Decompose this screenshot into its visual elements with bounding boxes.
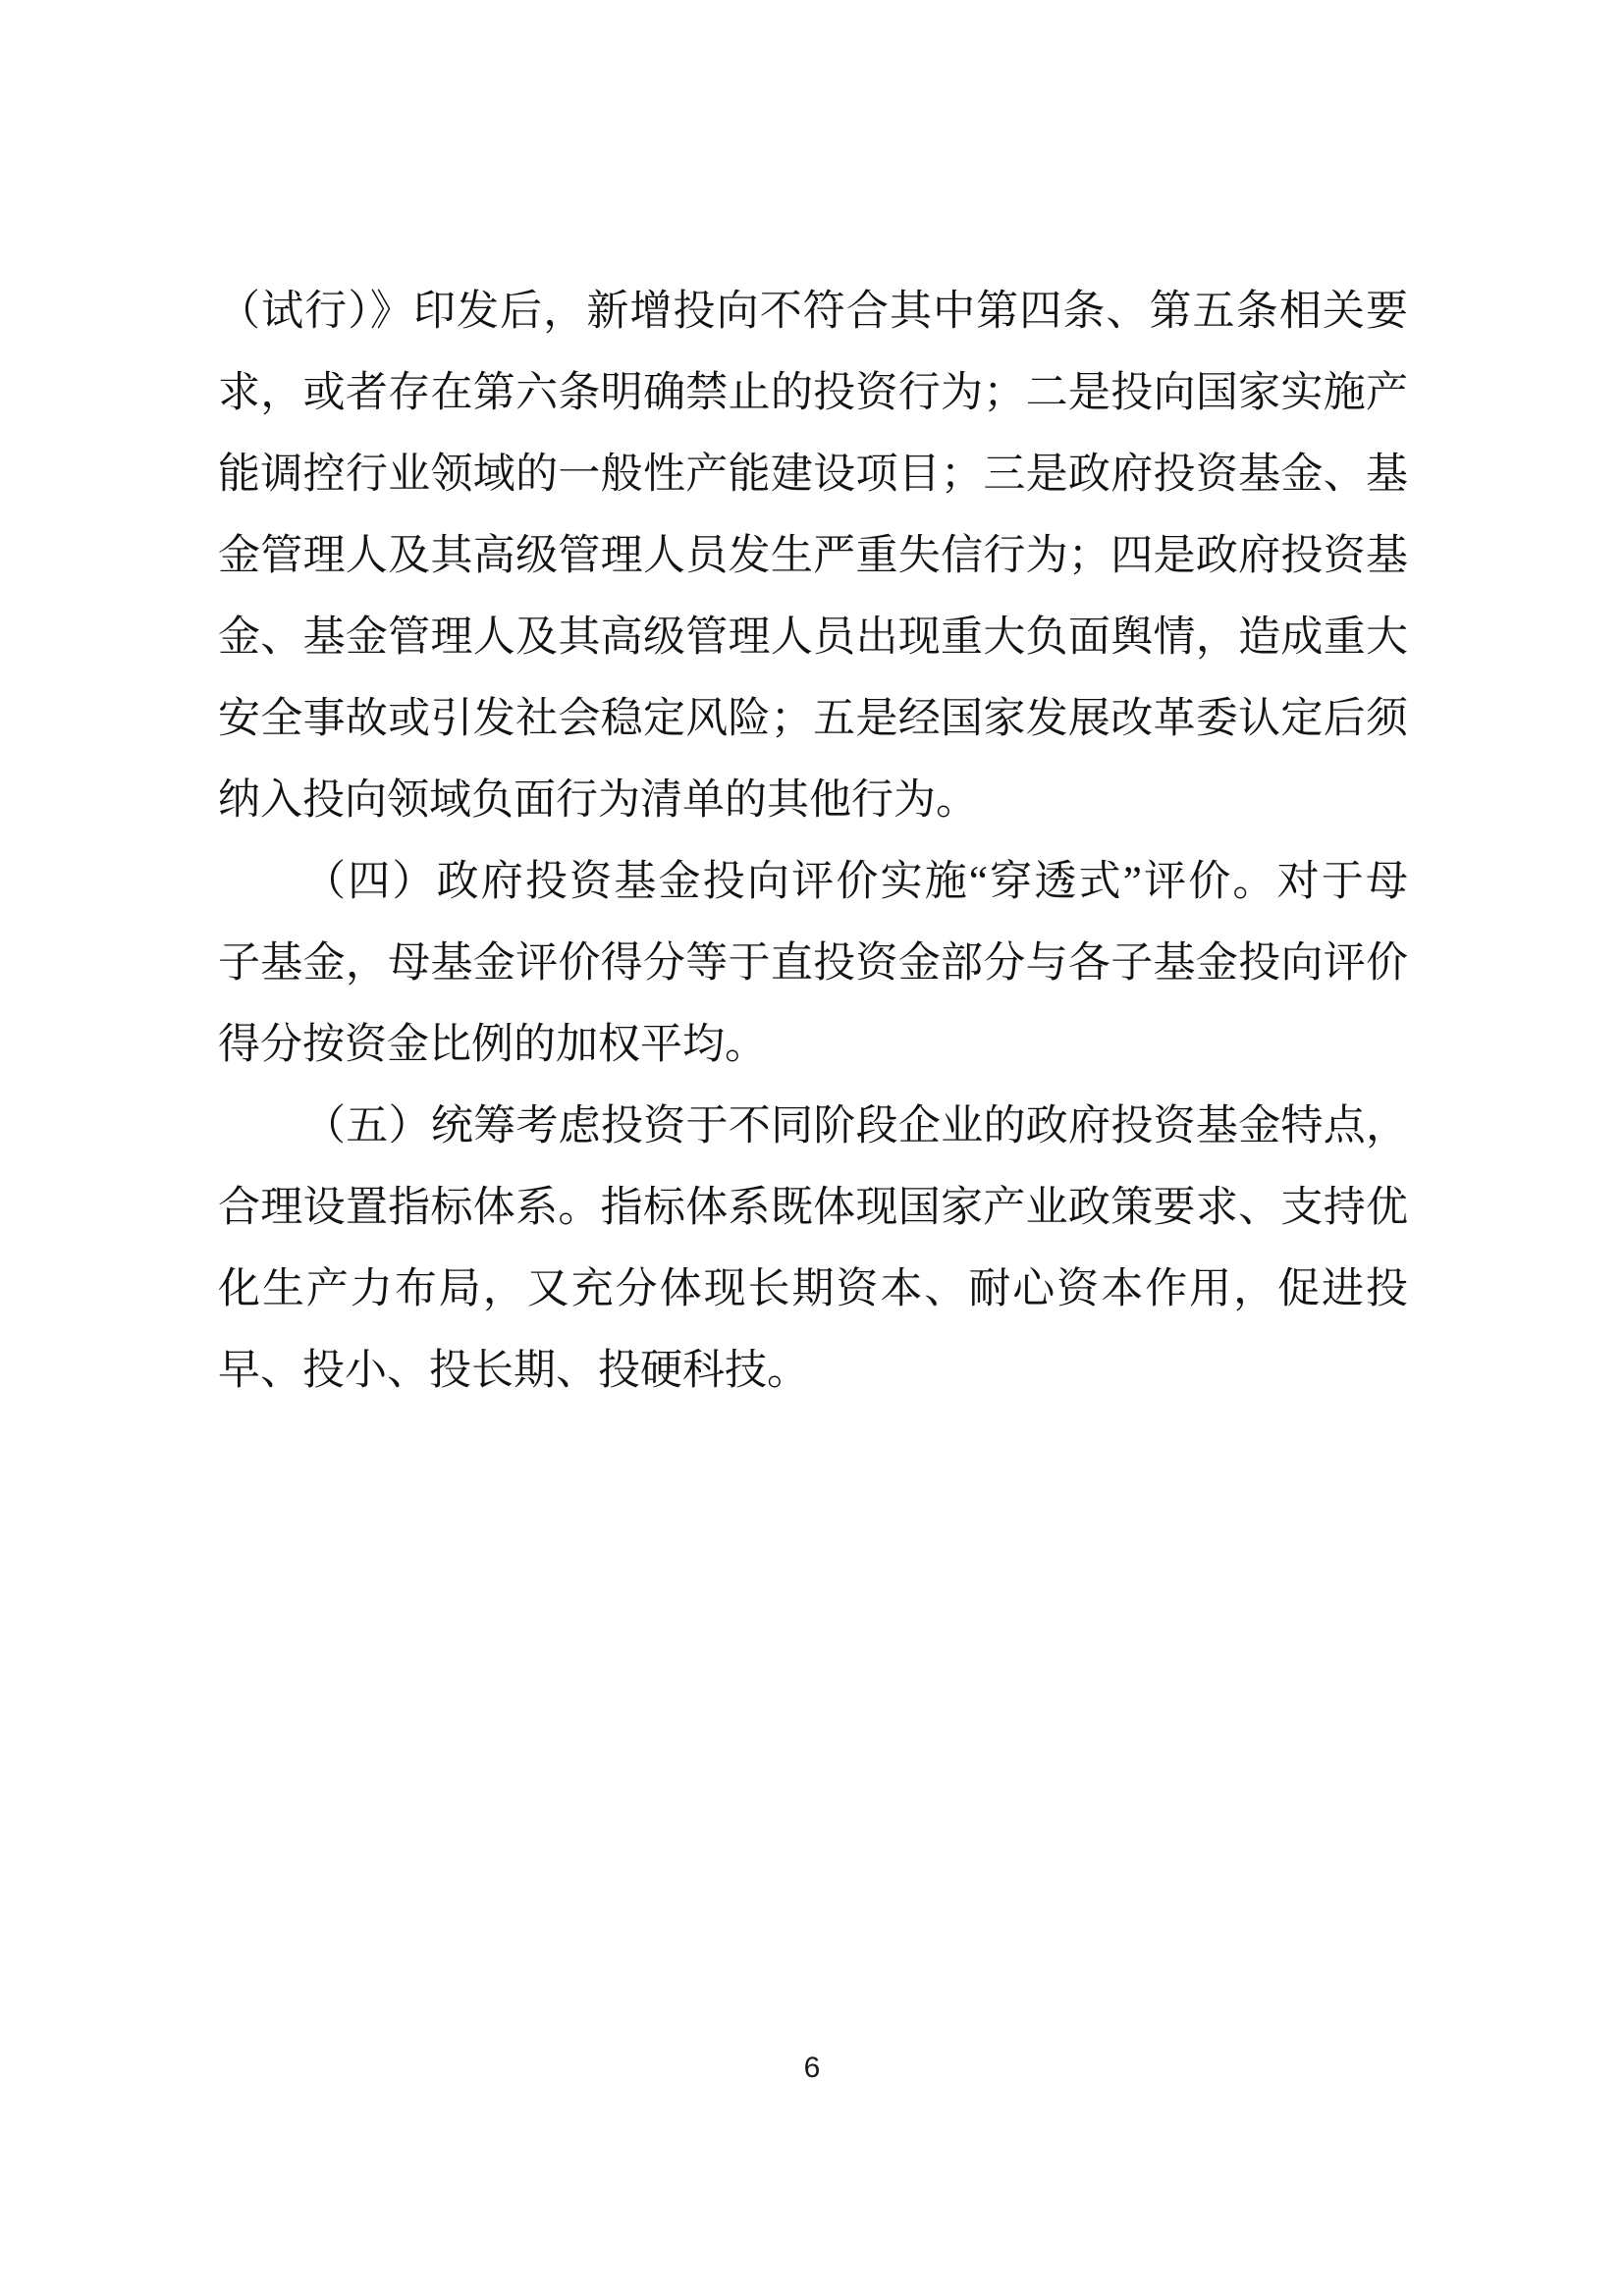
text-line: 安全事故或引发社会稳定风险；五是经国家发展改革委认定后须 [218,678,1408,760]
text-line: 能调控行业领域的一般性产能建设项目；三是政府投资基金、基 [218,434,1408,515]
text-line: （五）统筹考虑投资于不同阶段企业的政府投资基金特点， [218,1086,1408,1167]
page-footer: 6 [0,2045,1624,2092]
paragraph: （五）统筹考虑投资于不同阶段企业的政府投资基金特点，合理设置指标体系。指标体系既… [218,1086,1408,1412]
text-line: 求，或者存在第六条明确禁止的投资行为；二是投向国家实施产 [218,352,1408,434]
text-line: 早、投小、投长期、投硬科技。 [218,1330,1408,1412]
page-number: 6 [804,2052,821,2084]
text-line: （四）政府投资基金投向评价实施“穿透式”评价。对于母 [218,841,1408,923]
paragraph: （试行）》印发后，新增投向不符合其中第四条、第五条相关要求，或者存在第六条明确禁… [218,271,1408,841]
text-line: 金管理人及其高级管理人员发生严重失信行为；四是政府投资基 [218,515,1408,597]
text-line: （试行）》印发后，新增投向不符合其中第四条、第五条相关要 [218,271,1408,352]
text-line: 得分按资金比例的加权平均。 [218,1004,1408,1086]
text-line: 化生产力布局，又充分体现长期资本、耐心资本作用，促进投 [218,1249,1408,1330]
text-line: 子基金，母基金评价得分等于直投资金部分与各子基金投向评价 [218,923,1408,1004]
paragraph: （四）政府投资基金投向评价实施“穿透式”评价。对于母子基金，母基金评价得分等于直… [218,841,1408,1086]
text-block: （试行）》印发后，新增投向不符合其中第四条、第五条相关要求，或者存在第六条明确禁… [218,271,1408,1412]
text-line: 金、基金管理人及其高级管理人员出现重大负面舆情，造成重大 [218,597,1408,678]
text-line: 合理设置指标体系。指标体系既体现国家产业政策要求、支持优 [218,1167,1408,1249]
document-page: （试行）》印发后，新增投向不符合其中第四条、第五条相关要求，或者存在第六条明确禁… [0,0,1624,2296]
text-line: 纳入投向领域负面行为清单的其他行为。 [218,760,1408,841]
